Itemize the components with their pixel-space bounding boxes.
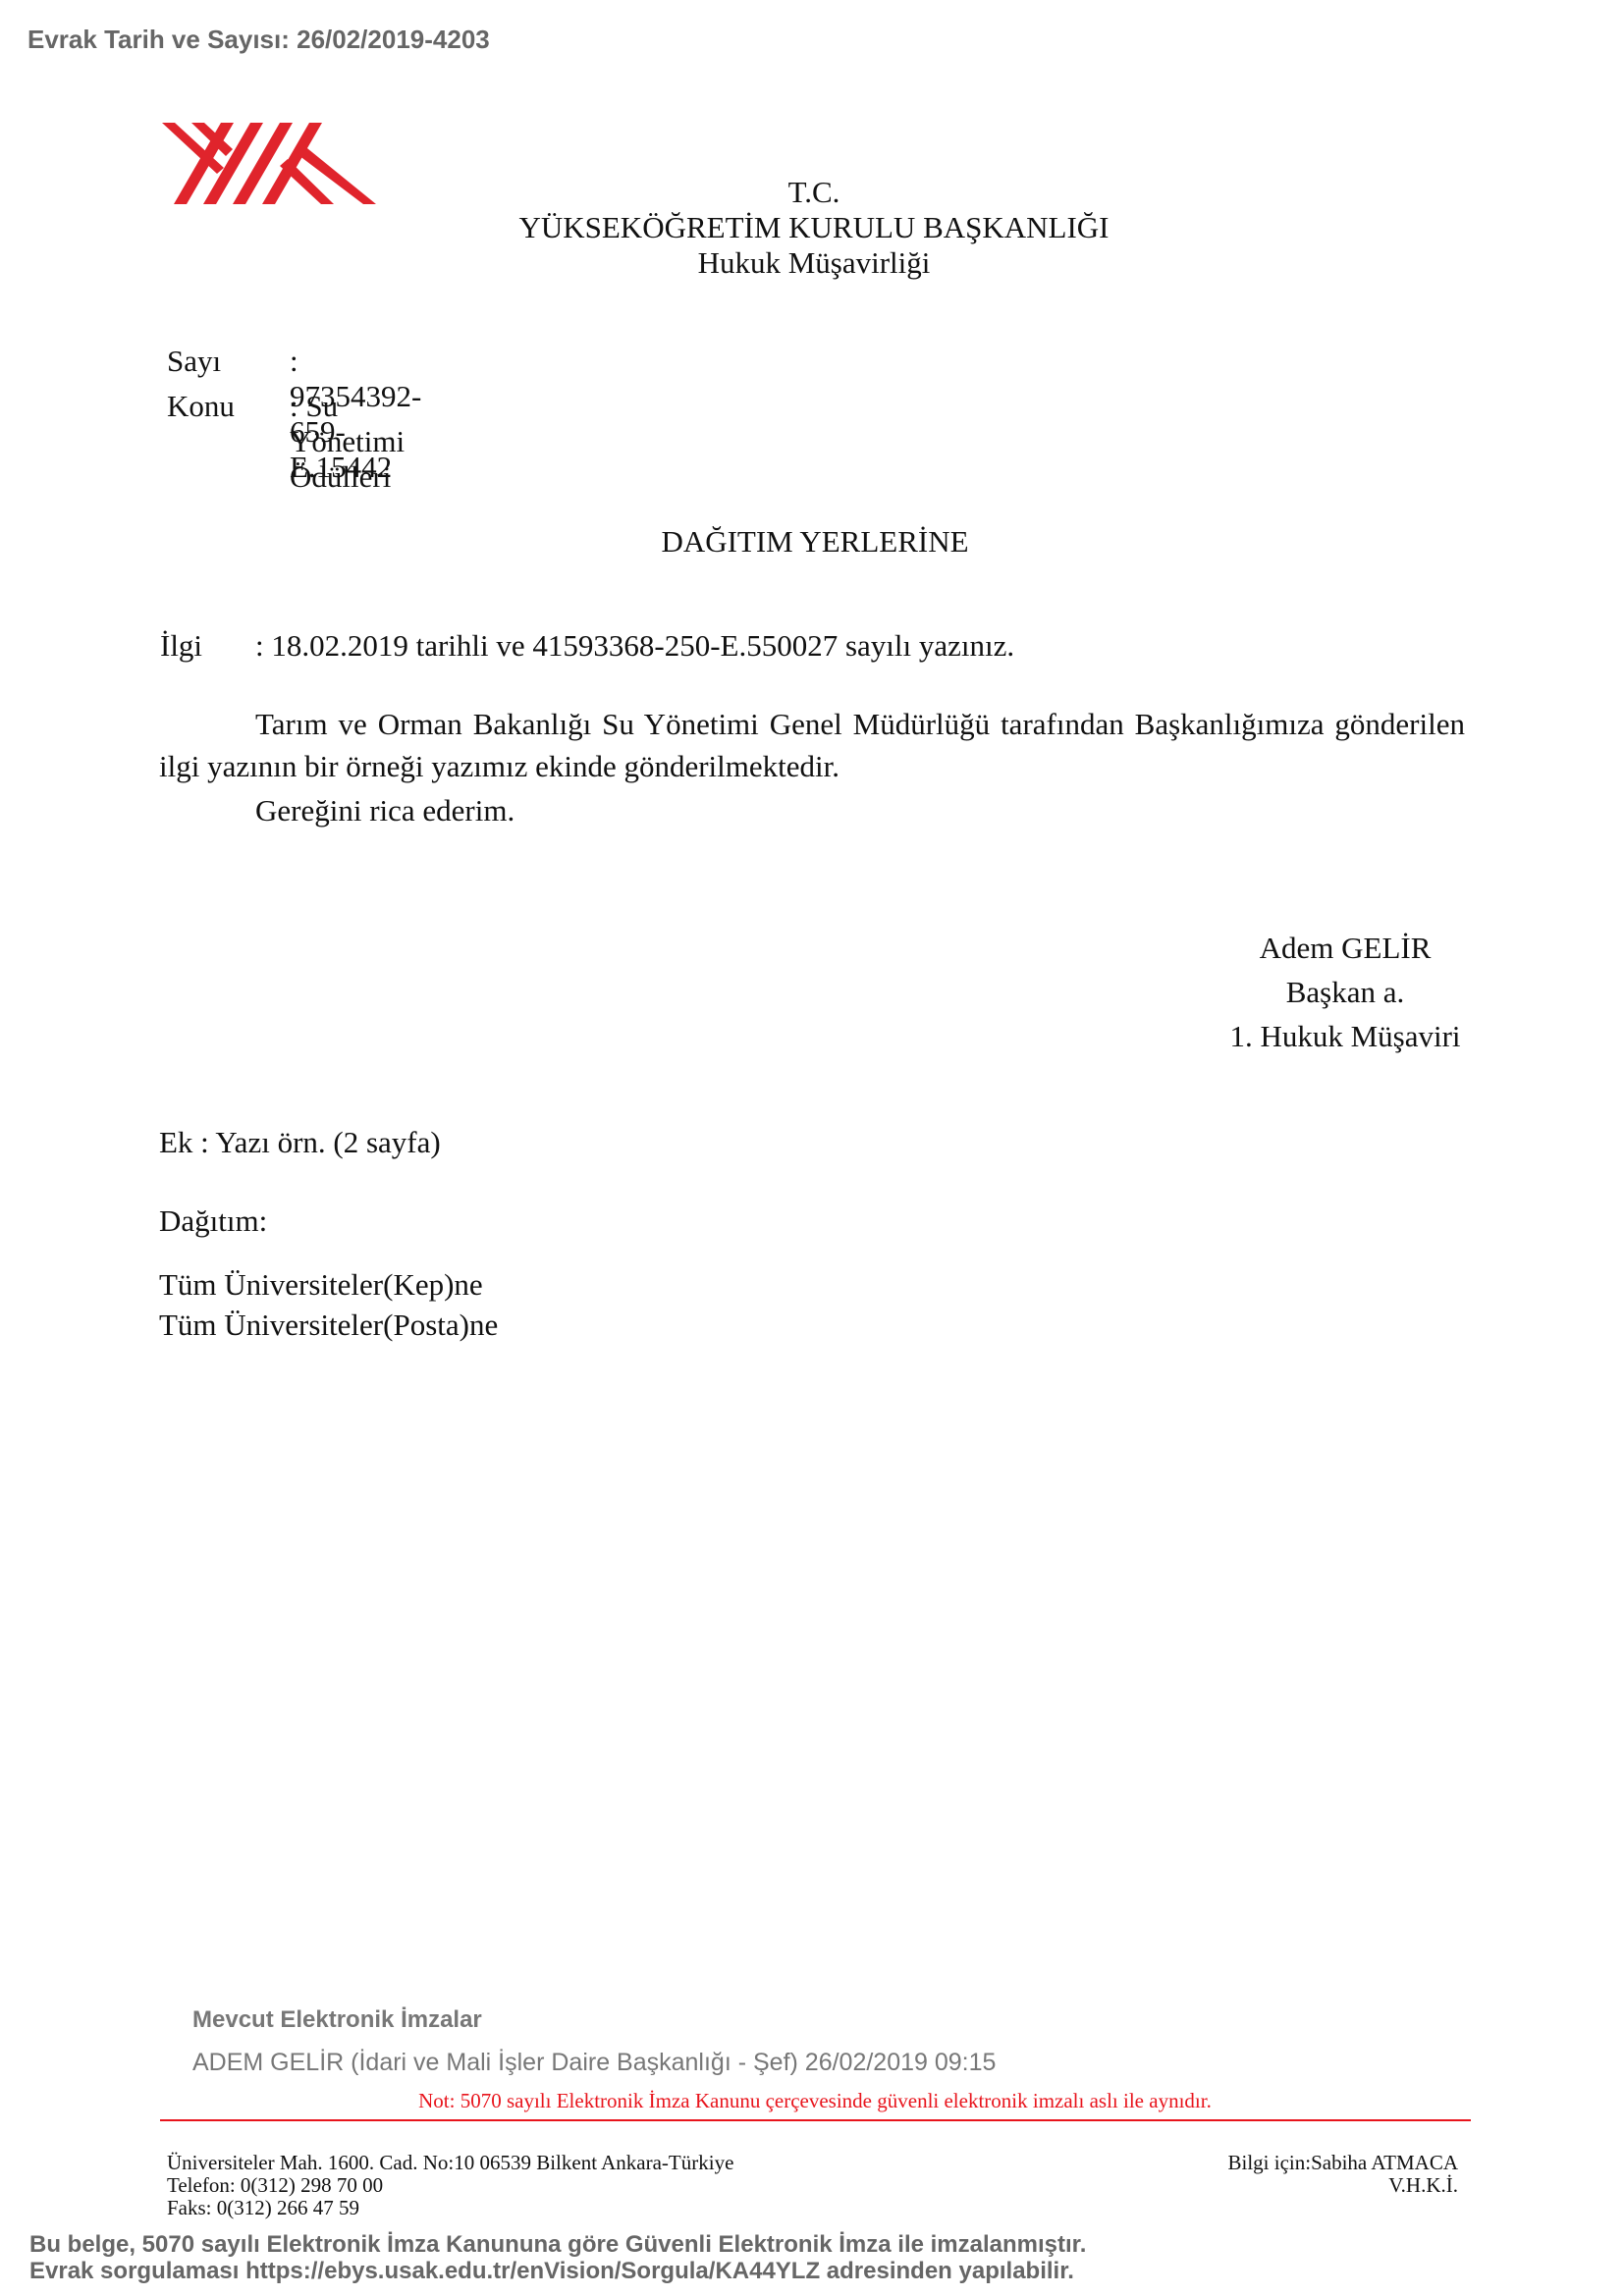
address: Üniversiteler Mah. 1600. Cad. No:10 0653…	[167, 2152, 733, 2174]
distribution-title: Dağıtım:	[159, 1203, 267, 1239]
distribution-list: Tüm Üniversiteler(Kep)ne Tüm Üniversitel…	[159, 1264, 498, 1345]
verification-footer: Bu belge, 5070 sayılı Elektronik İmza Ka…	[29, 2231, 1086, 2284]
distribution-item: Tüm Üniversiteler(Posta)ne	[159, 1305, 498, 1345]
yok-logo-icon	[162, 123, 376, 204]
electronic-signatures-title: Mevcut Elektronik İmzalar	[192, 2006, 482, 2034]
signatory-name: Adem GELİR	[1218, 926, 1473, 970]
addressee: DAĞITIM YERLERİNE	[0, 524, 1624, 560]
phone: Telefon: 0(312) 298 70 00	[167, 2174, 733, 2197]
footer-signature-statement: Bu belge, 5070 sayılı Elektronik İmza Ka…	[29, 2231, 1086, 2258]
contact-person: Bilgi için:Sabiha ATMACA	[1227, 2152, 1458, 2174]
body-paragraph: Tarım ve Orman Bakanlığı Su Yönetimi Gen…	[159, 703, 1465, 787]
contact-person-block: Bilgi için:Sabiha ATMACA V.H.K.İ.	[1227, 2152, 1458, 2197]
fax: Faks: 0(312) 266 47 59	[167, 2197, 733, 2219]
org-department: Hukuk Müşavirliği	[495, 245, 1133, 281]
divider	[160, 2119, 1471, 2121]
org-name: YÜKSEKÖĞRETİM KURULU BAŞKANLIĞI	[495, 210, 1133, 245]
signatory-title: 1. Hukuk Müşaviri	[1218, 1014, 1473, 1058]
signatory-on-behalf: Başkan a.	[1218, 970, 1473, 1014]
document-date-number: Evrak Tarih ve Sayısı: 26/02/2019-4203	[27, 25, 490, 55]
footer-verification-link[interactable]: Evrak sorgulaması https://ebys.usak.edu.…	[29, 2258, 1086, 2284]
konu-value: : Su Yönetimi Ödülleri	[290, 389, 405, 495]
contact-person-title: V.H.K.İ.	[1227, 2174, 1458, 2197]
attachment-line: Ek : Yazı örn. (2 sayfa)	[159, 1125, 441, 1160]
konu-label: Konu	[167, 389, 235, 424]
closing-line: Gereğini rica ederim.	[255, 793, 514, 828]
address-block: Üniversiteler Mah. 1600. Cad. No:10 0653…	[167, 2152, 733, 2219]
body-paragraph-block: Tarım ve Orman Bakanlığı Su Yönetimi Gen…	[159, 703, 1465, 787]
reference-value: : 18.02.2019 tarihli ve 41593368-250-E.5…	[255, 628, 1014, 664]
signature-block: Adem GELİR Başkan a. 1. Hukuk Müşaviri	[1218, 926, 1473, 1058]
electronic-signature-entry: ADEM GELİR (İdari ve Mali İşler Daire Ba…	[192, 2049, 996, 2077]
reference-label: İlgi	[160, 628, 202, 664]
sayi-label: Sayı	[167, 344, 221, 379]
distribution-item: Tüm Üniversiteler(Kep)ne	[159, 1264, 498, 1305]
legal-note: Not: 5070 sayılı Elektronik İmza Kanunu …	[0, 2089, 1624, 2113]
org-country: T.C.	[495, 175, 1133, 210]
